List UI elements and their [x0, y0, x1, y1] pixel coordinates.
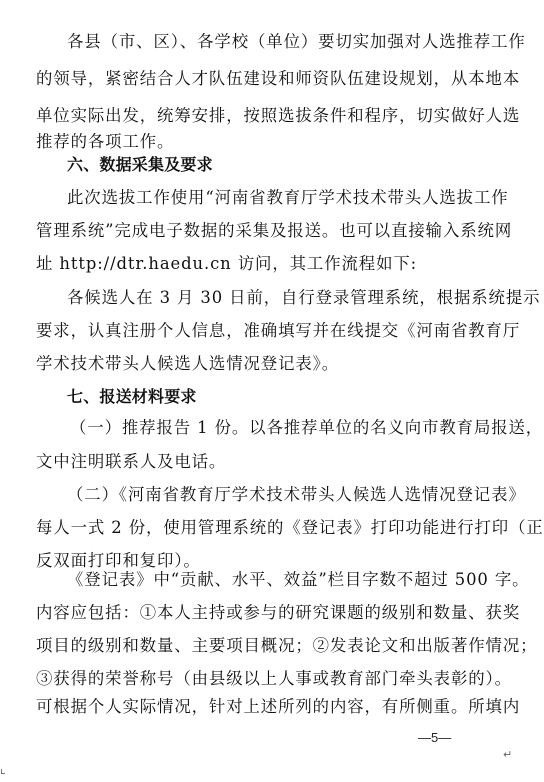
paragraph-3-line-1: 各候选人在 3 月 30 日前，自行登录管理系统，根据系统提示: [67, 288, 497, 308]
paragraph-6-line-2: 内容应包括：①本人主持或参与的研究课题的级别和数量、获奖: [36, 603, 466, 623]
paragraph-4-line-2: 文中注明联系人及电话。: [36, 452, 466, 472]
paragraph-5-line-2: 每人一式 2 份，使用管理系统的《登记表》打印功能进行打印（正: [36, 518, 466, 538]
page-corner-mark-icon: [1, 769, 5, 774]
paragraph-1-line-2: 的领导，紧密结合人才队伍建设和师资队伍建设规划，从本地本: [36, 69, 466, 89]
paragraph-3-line-3: 学术技术带头人候选人选情况登记表》。: [36, 354, 466, 374]
paragraph-6-line-1: 《登记表》中“贡献、水平、效益”栏目字数不超过 500 字。: [67, 570, 497, 590]
paragraph-2-line-1: 此次选拔工作使用“河南省教育厅学术技术带头人选拔工作: [67, 188, 497, 208]
section-6-heading: 六、数据采集及要求: [67, 155, 497, 175]
paragraph-6-line-5: 可根据个人实际情况，针对上述所列的内容，有所侧重。所填内: [36, 697, 466, 717]
paragraph-1-line-1: 各县（市、区）、各学校（单位）要切实加强对人选推荐工作: [67, 32, 497, 52]
paragraph-1-line-4: 推荐的各项工作。: [36, 132, 466, 152]
paragraph-5-line-1: （二）《河南省教育厅学术技术带头人候选人选情况登记表》: [67, 485, 497, 505]
paragraph-4-line-1: （一）推荐报告 1 份。以各推荐单位的名义向市教育局报送，: [70, 418, 500, 438]
paragraph-return-icon: ↵: [503, 748, 512, 761]
paragraph-5-line-3: 反双面打印和复印）。: [36, 551, 466, 571]
section-7-heading: 七、报送材料要求: [67, 387, 497, 407]
paragraph-2-line-2: 管理系统”完成电子数据的采集及报送。也可以直接输入系统网: [36, 221, 466, 241]
paragraph-1-line-3: 单位实际出发，统筹安排，按照选拔条件和程序，切实做好人选: [36, 106, 466, 126]
paragraph-6-line-4: ③获得的荣誉称号（由县级以上人事或教育部门牵头表彰的）。: [36, 669, 466, 689]
paragraph-3-line-2: 要求，认真注册个人信息，准确填写并在线提交《河南省教育厅: [36, 321, 466, 341]
document-page: 各县（市、区）、各学校（单位）要切实加强对人选推荐工作 的领导，紧密结合人才队伍…: [0, 0, 544, 782]
paragraph-6-line-3: 项目的级别和数量、主要项目概况；②发表论文和出版著作情况；: [36, 636, 466, 656]
page-number: —5—: [418, 730, 451, 745]
paragraph-2-line-3: 址 http://dtr.haedu.cn 访问，其工作流程如下:: [36, 254, 466, 274]
